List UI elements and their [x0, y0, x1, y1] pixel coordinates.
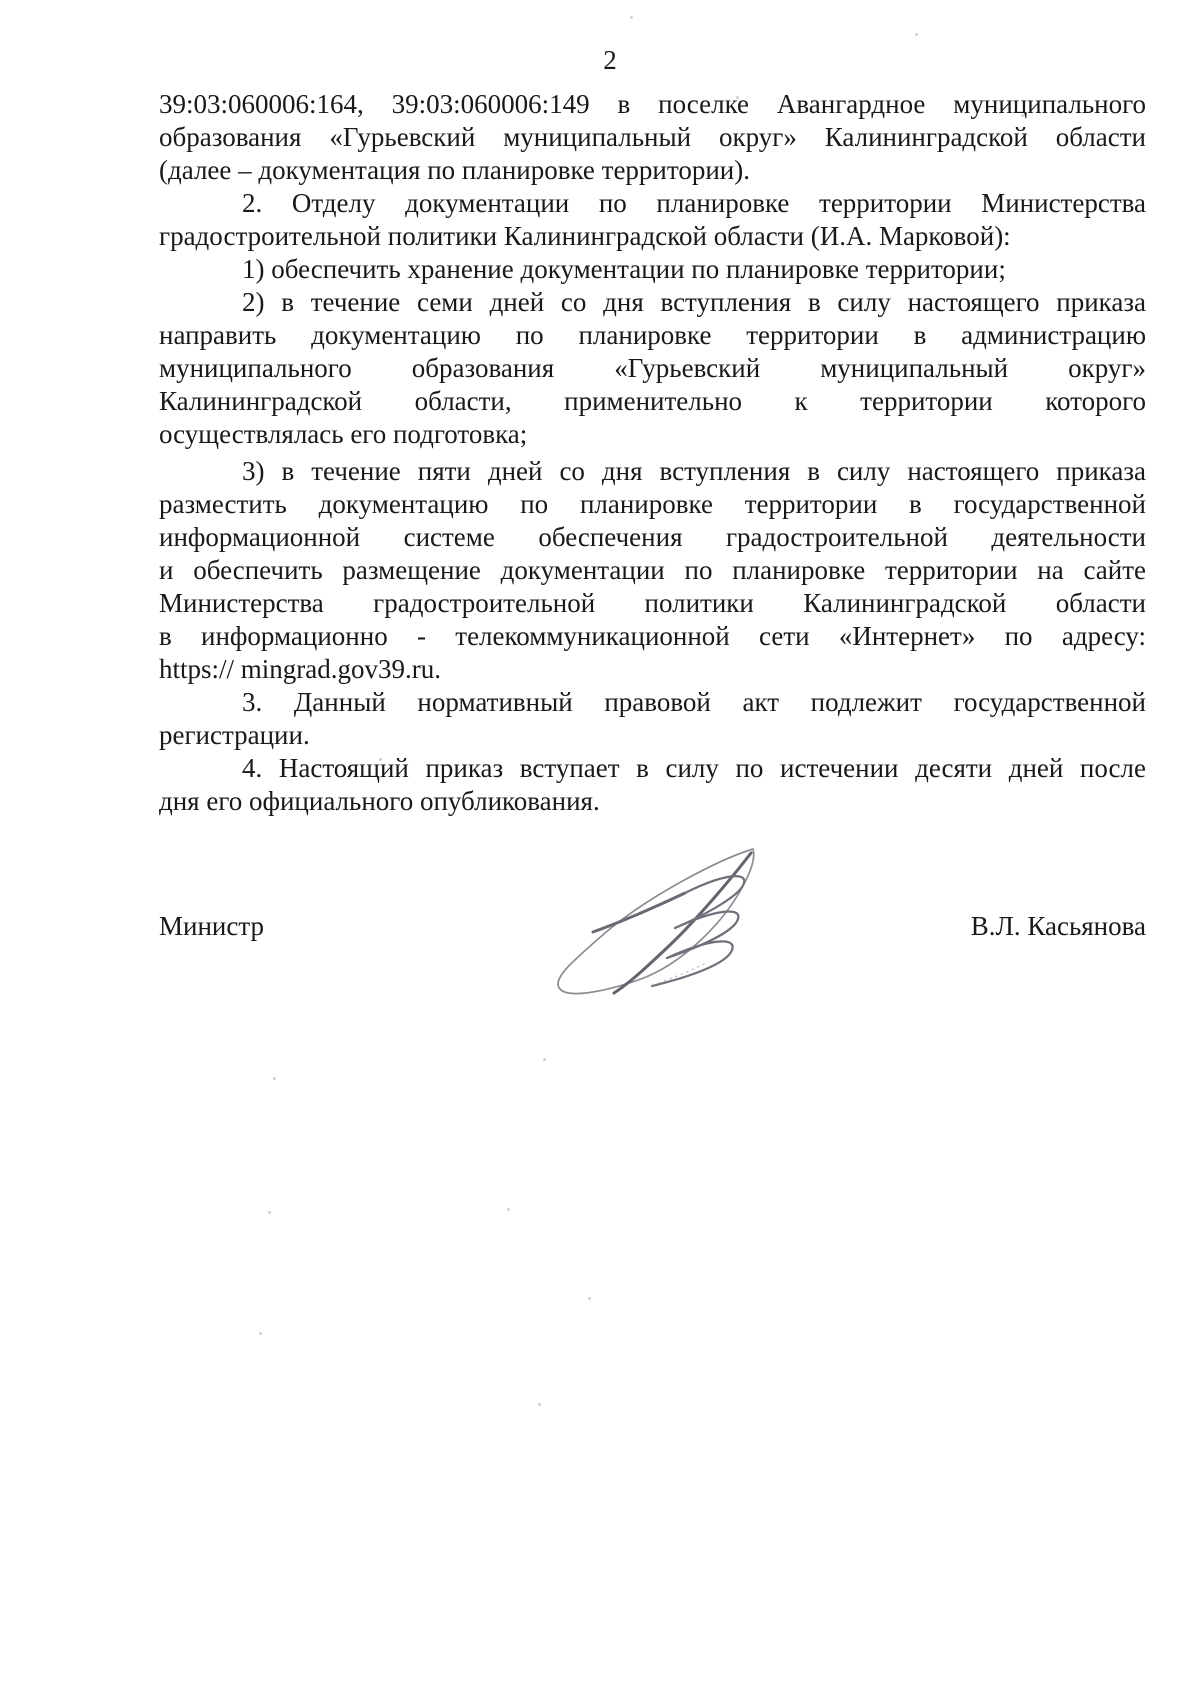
doc-line: 3) в течение пяти дней со дня вступления…: [159, 455, 1146, 488]
scan-speck: [736, 96, 739, 99]
doc-line: Калининградской области, применительно к…: [159, 385, 1146, 418]
doc-line: муниципального образования «Гурьевский м…: [159, 352, 1146, 385]
doc-line: 39:03:060006:164, 39:03:060006:149 в пос…: [159, 88, 1146, 121]
doc-line: 1) обеспечить хранение документации по п…: [159, 253, 1146, 286]
scan-speck: [630, 16, 633, 19]
doc-line: в информационно - телекоммуникационной с…: [159, 620, 1146, 653]
scan-speck: [507, 1208, 510, 1211]
doc-line: (далее – документация по планировке терр…: [159, 154, 1146, 187]
scan-speck: [273, 1077, 276, 1080]
doc-line: информационной системе обеспечения градо…: [159, 521, 1146, 554]
doc-line: 2) в течение семи дней со дня вступления…: [159, 286, 1146, 319]
scan-speck: [1021, 114, 1024, 117]
scanned-document-page: 2 39:03:060006:164, 39:03:060006:149 в п…: [0, 0, 1200, 1697]
signatory-title: Министр: [159, 910, 264, 943]
doc-line: 4. Настоящий приказ вступает в силу по и…: [159, 752, 1146, 785]
doc-line: 3. Данный нормативный правовой акт подле…: [159, 686, 1146, 719]
doc-line: и обеспечить размещение документации по …: [159, 554, 1146, 587]
doc-line: осуществлялась его подготовка;: [159, 418, 1146, 451]
doc-line: градостроительной политики Калининградск…: [159, 220, 1146, 253]
scan-speck: [268, 1211, 271, 1214]
scan-speck: [588, 1297, 591, 1300]
doc-line: дня его официального опубликования.: [159, 785, 1146, 818]
doc-line: направить документацию по планировке тер…: [159, 319, 1146, 352]
scan-speck: [543, 1058, 546, 1061]
page-number: 2: [570, 44, 650, 77]
document-body: 39:03:060006:164, 39:03:060006:149 в пос…: [159, 88, 1146, 818]
signatory-name: В.Л. Касьянова: [971, 910, 1146, 943]
scan-speck: [538, 1403, 541, 1406]
scan-speck: [915, 33, 918, 36]
doc-line: https:// mingrad.gov39.ru.: [159, 653, 1146, 686]
handwritten-signature-icon: [535, 833, 765, 1003]
doc-line: Министерства градостроительной политики …: [159, 587, 1146, 620]
doc-line: регистрации.: [159, 719, 1146, 752]
scan-speck: [259, 1332, 262, 1335]
doc-line: разместить документацию по планировке те…: [159, 488, 1146, 521]
scan-speck: [379, 758, 382, 761]
doc-line: 2. Отделу документации по планировке тер…: [159, 187, 1146, 220]
doc-line: образования «Гурьевский муниципальный ок…: [159, 121, 1146, 154]
